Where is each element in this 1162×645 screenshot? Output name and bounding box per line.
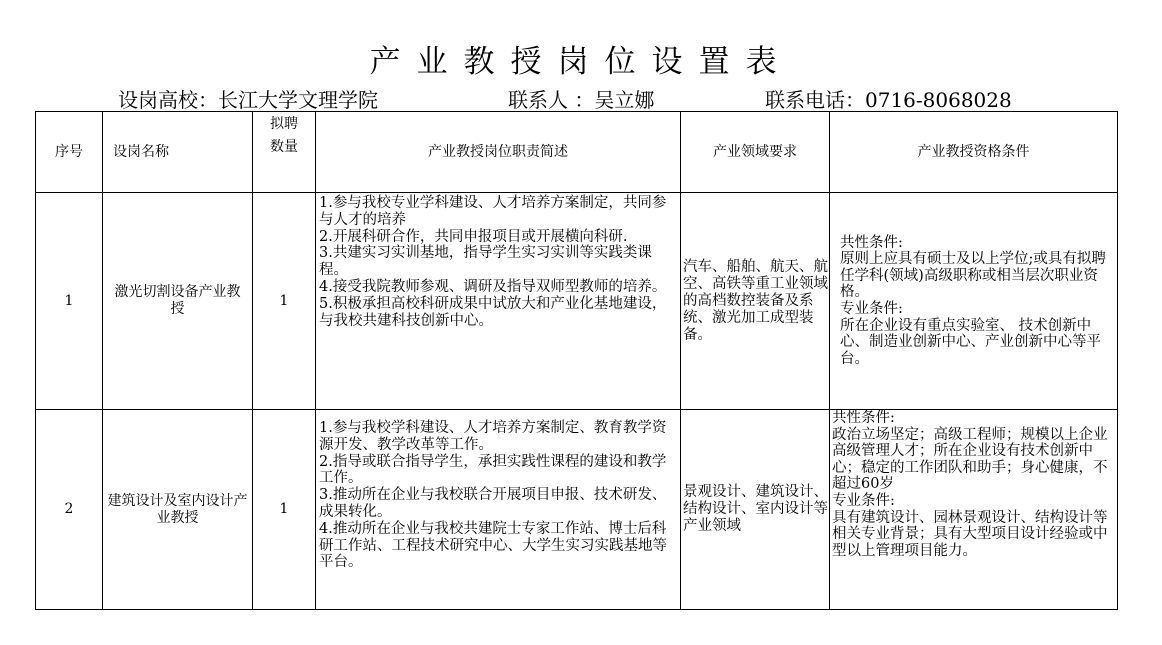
- general-conditions: 原则上应具有硕士及以上学位;或具有拟聘任学科(领域)高级职称或相当层次职业资格。: [840, 251, 1115, 301]
- header-qualifications: 产业教授资格条件: [830, 112, 1118, 193]
- header-row: 序号 设岗名称 拟聘 数量 产业教授岗位职责简述 产业领域要求 产业教授资格条件: [36, 112, 1118, 193]
- school-name: 长江大学文理学院: [218, 88, 378, 112]
- row-duties: 1.参与我校专业学科建设、人才培养方案制定，共同参与人才的培养 2.开展科研合作…: [316, 193, 681, 410]
- row-qualifications: 共性条件: 原则上应具有硕士及以上学位;或具有拟聘任学科(领域)高级职称或相当层…: [830, 193, 1118, 410]
- contact-info: 联系人 ：吴立娜: [508, 84, 654, 113]
- header-quantity-line1: 拟聘: [253, 113, 315, 136]
- general-conditions-label: 共性条件:: [832, 410, 1115, 427]
- header-quantity: 拟聘 数量: [253, 112, 316, 193]
- school-info: 设岗高校：长江大学文理学院: [118, 84, 378, 113]
- duty-item: 5.积极承担高校科研成果中试放大和产业化基地建设，与我校共建科技创新中心。: [319, 296, 678, 330]
- duty-item: 4.接受我院教师参观、调研及指导双师型教师的培养。: [319, 279, 678, 296]
- general-conditions-label: 共性条件:: [840, 235, 1115, 252]
- professional-conditions-label: 专业条件:: [840, 301, 1115, 318]
- row-position-name: 建筑设计及室内设计产业教授: [103, 410, 253, 610]
- school-label: 设岗高校：: [118, 88, 218, 112]
- row-duties: 1.参与我校学科建设、人才培养方案制定、教育教学资源开发、教学改革等工作。 2.…: [316, 410, 681, 610]
- row-quantity: 1: [253, 410, 316, 610]
- contact-name: 吴立娜: [594, 88, 654, 112]
- duty-item: 2.指导或联合指导学生，承担实践性课程的建设和教学工作。: [319, 454, 678, 488]
- phone-label: 联系电话：: [765, 88, 865, 112]
- document-title: 产业教授岗位设置表: [0, 36, 1162, 81]
- header-quantity-line2: 数量: [253, 136, 315, 159]
- header-position-name: 设岗名称: [103, 112, 253, 193]
- row-index: 1: [36, 193, 103, 410]
- header-duties: 产业教授岗位职责简述: [316, 112, 681, 193]
- row-position-name: 激光切割设备产业教授: [103, 193, 253, 410]
- general-conditions: 政治立场坚定；高级工程师；规模以上企业高级管理人才；所在企业设有技术创新中心；稳…: [832, 427, 1115, 493]
- positions-table: 序号 设岗名称 拟聘 数量 产业教授岗位职责简述 产业领域要求 产业教授资格条件…: [35, 111, 1118, 610]
- professional-conditions-label: 专业条件:: [832, 493, 1115, 510]
- row-qualifications: 共性条件: 政治立场坚定；高级工程师；规模以上企业高级管理人才；所在企业设有技术…: [830, 410, 1118, 610]
- row-industry-field: 景观设计、建筑设计、结构设计、室内设计等产业领域: [681, 410, 830, 610]
- phone-number: 0716-8068028: [865, 88, 1012, 112]
- duty-item: 1.参与我校专业学科建设、人才培养方案制定，共同参与人才的培养: [319, 195, 678, 229]
- professional-conditions: 具有建筑设计、园林景观设计、结构设计等相关专业背景；具有大型项目设计经验或中型以…: [832, 510, 1115, 560]
- header-index: 序号: [36, 112, 103, 193]
- row-quantity: 1: [253, 193, 316, 410]
- header-industry-field: 产业领域要求: [681, 112, 830, 193]
- contact-label: 联系人 ：: [508, 88, 594, 112]
- professional-conditions: 所在企业设有重点实验室、 技术创新中心、制造业创新中心、产业创新中心等平台。: [840, 318, 1115, 368]
- table-row: 1 激光切割设备产业教授 1 1.参与我校专业学科建设、人才培养方案制定，共同参…: [36, 193, 1118, 410]
- duty-item: 1.参与我校学科建设、人才培养方案制定、教育教学资源开发、教学改革等工作。: [319, 420, 678, 454]
- duty-item: 2.开展科研合作，共同申报项目或开展横向科研.: [319, 229, 678, 246]
- duty-item: 3.共建实习实训基地，指导学生实习实训等实践类课程。: [319, 245, 678, 279]
- duty-item: 3.推动所在企业与我校联合开展项目申报、技术研发、成果转化。: [319, 487, 678, 521]
- row-index: 2: [36, 410, 103, 610]
- phone-info: 联系电话：0716-8068028: [765, 84, 1012, 113]
- duty-item: 4.推动所在企业与我校共建院士专家工作站、博士后科研工作站、工程技术研究中心、大…: [319, 521, 678, 571]
- row-industry-field: 汽车、船舶、航天、航空、高铁等重工业领域的高档数控装备及系统、激光加工成型装备。: [681, 193, 830, 410]
- table-row: 2 建筑设计及室内设计产业教授 1 1.参与我校学科建设、人才培养方案制定、教育…: [36, 410, 1118, 610]
